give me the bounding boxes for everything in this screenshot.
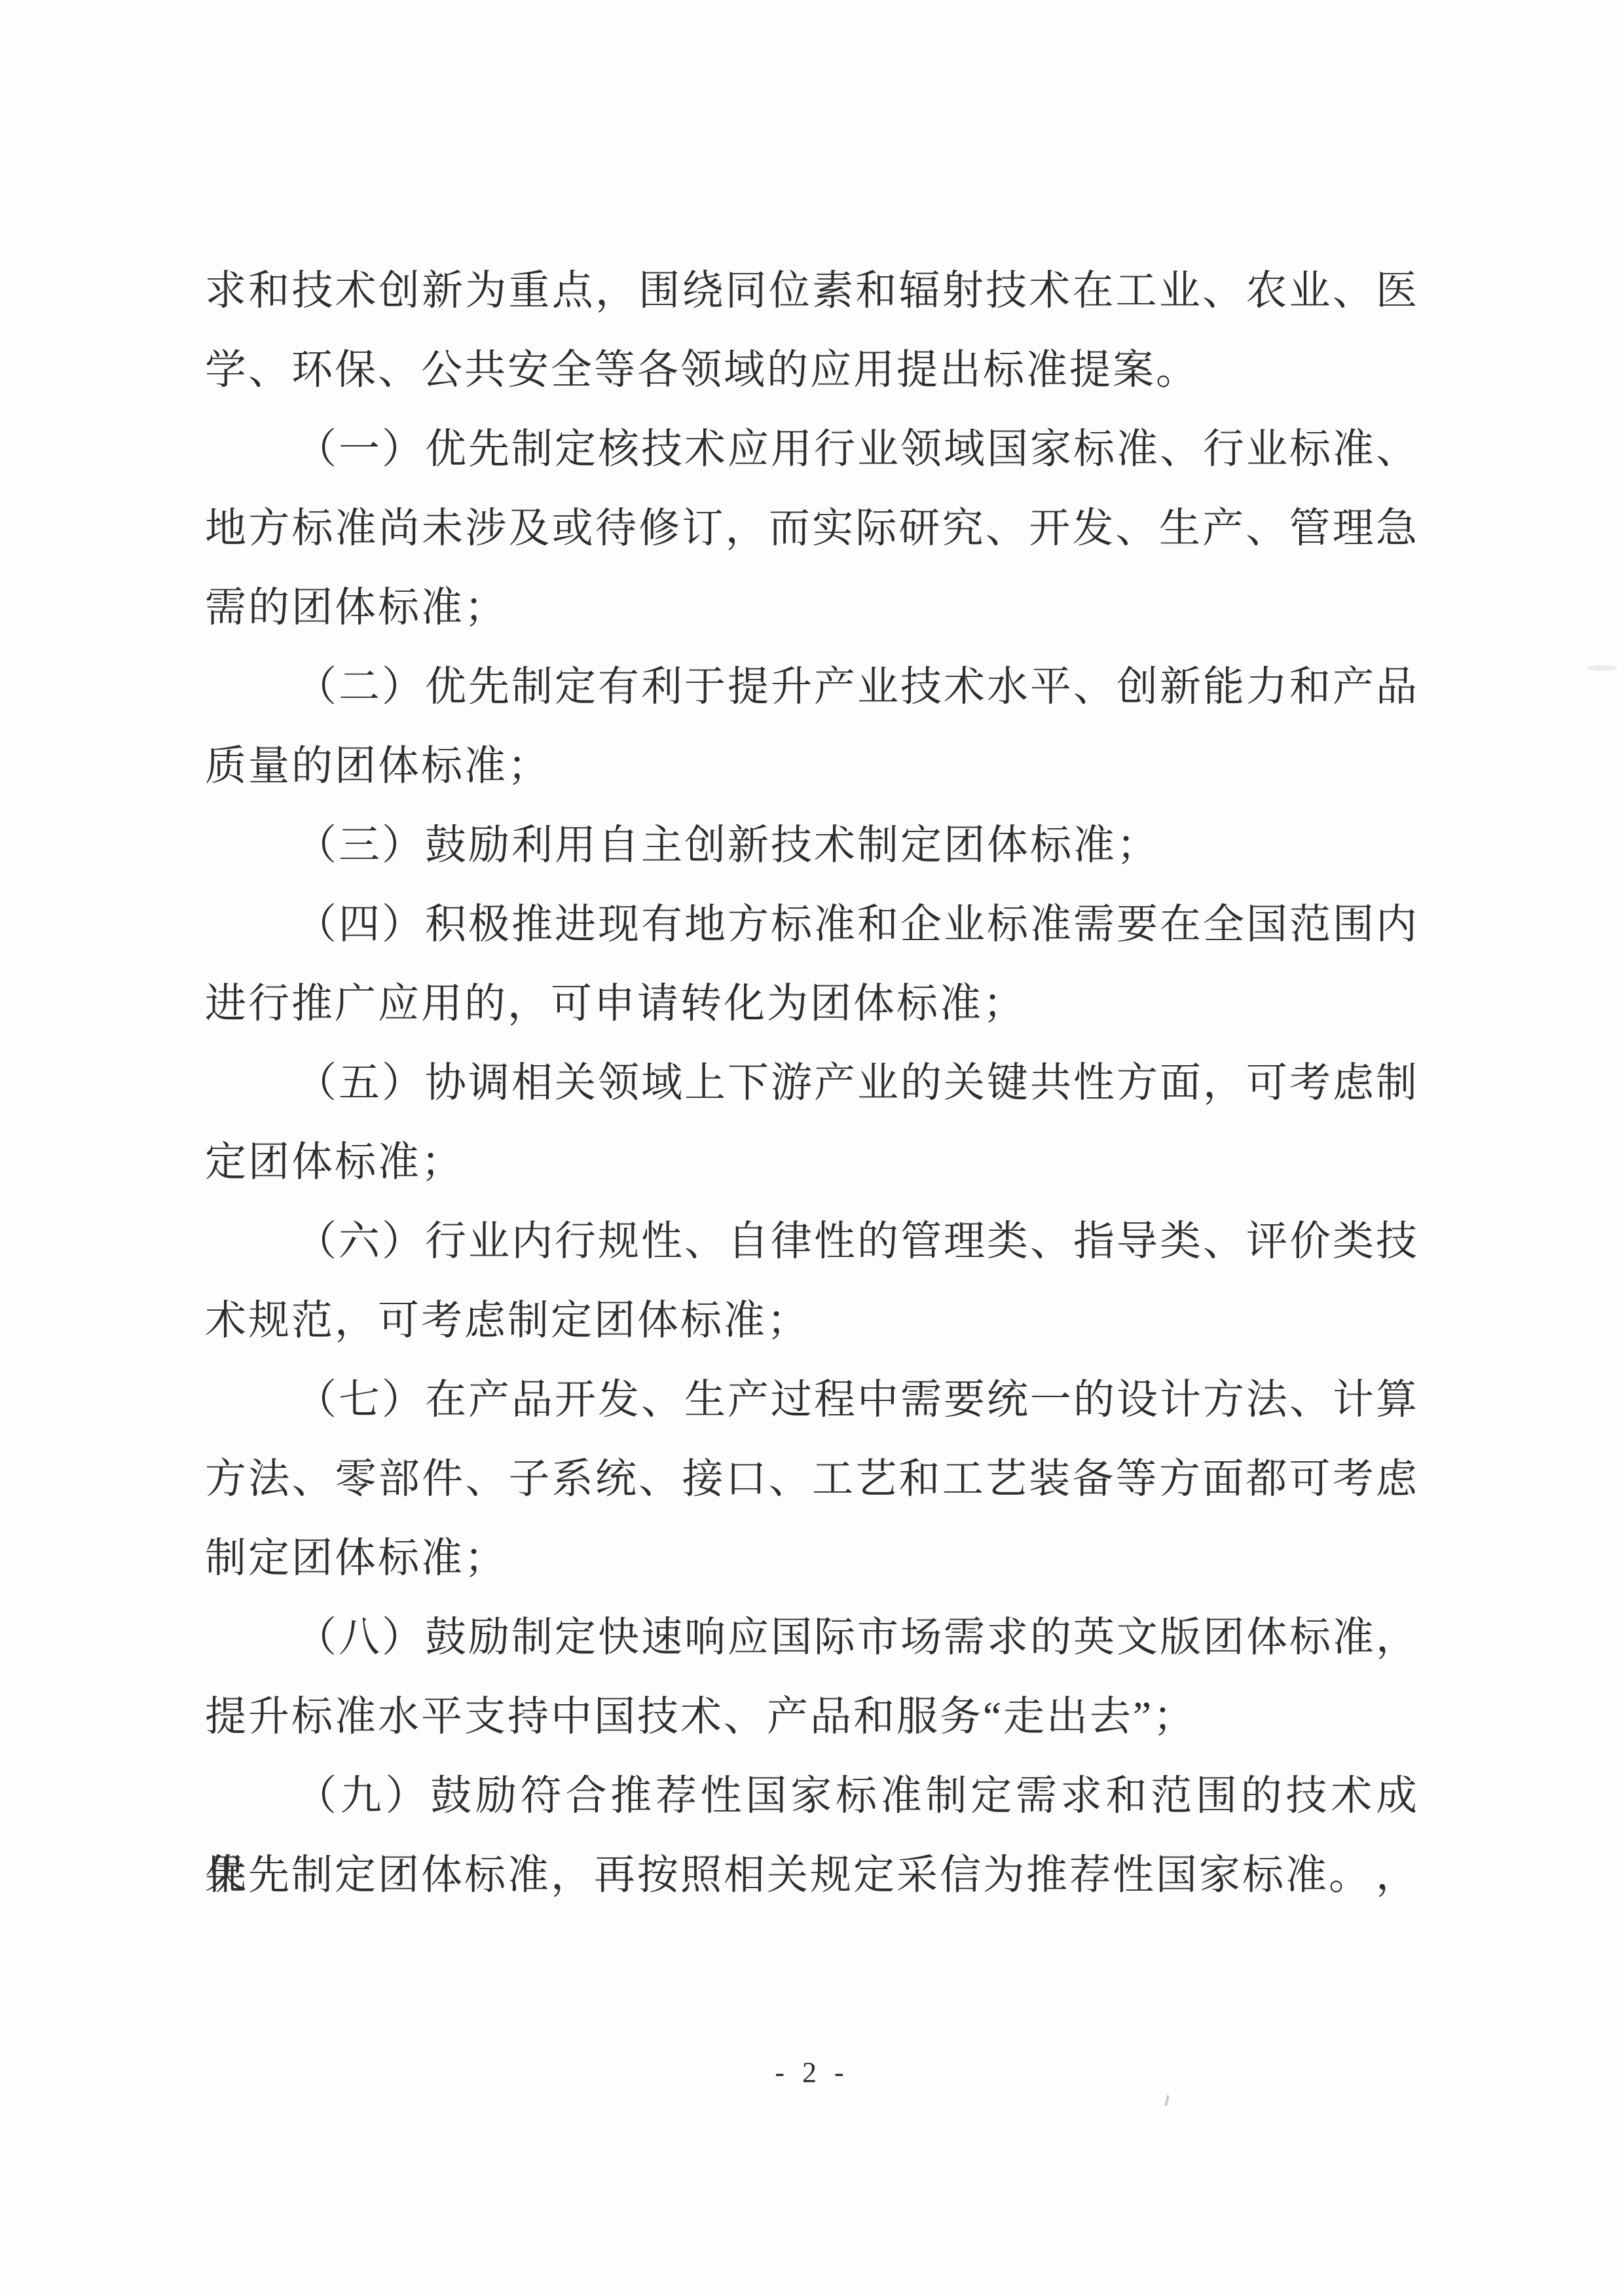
text-line-3: （一）优先制定核技术应用行业领域国家标准、行业标准、 (205, 410, 1418, 489)
text-line-21: 优先制定团体标准，再按照相关规定采信为推荐性国家标准。 (205, 1836, 1418, 1915)
page-number: - 2 - (0, 2056, 1624, 2089)
text-line-16: 方法、零部件、子系统、接口、工艺和工艺装备等方面都可考虑 (205, 1440, 1418, 1519)
text-line-17: 制定团体标准； (205, 1519, 1418, 1598)
text-line-7: 质量的团体标准； (205, 727, 1418, 806)
text-line-15: （七）在产品开发、生产过程中需要统一的设计方法、计算 (205, 1360, 1418, 1440)
text-line-1: 求和技术创新为重点，围绕同位素和辐射技术在工业、农业、医 (205, 251, 1418, 331)
text-line-14: 术规范，可考虑制定团体标准； (205, 1281, 1418, 1360)
text-line-12: 定团体标准； (205, 1123, 1418, 1202)
text-line-20: （九）鼓励符合推荐性国家标准制定需求和范围的技术成果， (205, 1757, 1418, 1836)
text-line-4: 地方标准尚未涉及或待修订，而实际研究、开发、生产、管理急 (205, 489, 1418, 568)
scan-edge-smudge (1587, 665, 1617, 671)
scan-ink-speck (1164, 2095, 1170, 2106)
text-line-11: （五）协调相关领域上下游产业的关键共性方面，可考虑制 (205, 1044, 1418, 1123)
text-line-2: 学、环保、公共安全等各领域的应用提出标准提案。 (205, 331, 1418, 410)
document-page: 求和技术创新为重点，围绕同位素和辐射技术在工业、农业、医学、环保、公共安全等各领… (0, 0, 1624, 2296)
text-line-13: （六）行业内行规性、自律性的管理类、指导类、评价类技 (205, 1202, 1418, 1281)
text-line-5: 需的团体标准； (205, 568, 1418, 647)
document-body: 求和技术创新为重点，围绕同位素和辐射技术在工业、农业、医学、环保、公共安全等各领… (205, 251, 1418, 1915)
text-line-19: 提升标准水平支持中国技术、产品和服务“走出去”； (205, 1677, 1418, 1757)
text-line-10: 进行推广应用的，可申请转化为团体标准； (205, 964, 1418, 1044)
text-line-18: （八）鼓励制定快速响应国际市场需求的英文版团体标准， (205, 1598, 1418, 1677)
text-line-6: （二）优先制定有利于提升产业技术水平、创新能力和产品 (205, 647, 1418, 727)
text-line-9: （四）积极推进现有地方标准和企业标准需要在全国范围内 (205, 885, 1418, 964)
text-line-8: （三）鼓励利用自主创新技术制定团体标准； (205, 806, 1418, 885)
